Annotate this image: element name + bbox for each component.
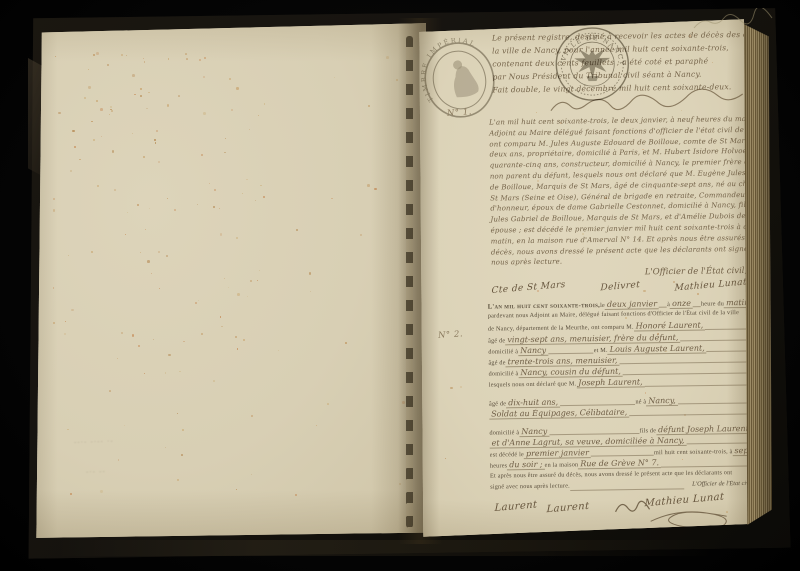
left-page-blank: ‐‐·‐ ‐·‐‐ ·‐ ‐·‐ ‐‐ bbox=[34, 20, 426, 542]
page-shading bbox=[34, 20, 426, 542]
right-page-register: Le présent registre, destiné à recevoir … bbox=[416, 14, 750, 542]
pencil-scribble-top-right bbox=[690, 8, 780, 36]
cover-bottom-edge bbox=[60, 540, 720, 556]
page-block-fore-edge bbox=[744, 18, 772, 530]
binding-stitches bbox=[406, 36, 413, 528]
photograph-of-open-register: ‐‐·‐ ‐·‐‐ ·‐ ‐·‐ ‐‐ Le présent registre,… bbox=[0, 0, 800, 571]
page-shading bbox=[416, 14, 750, 542]
